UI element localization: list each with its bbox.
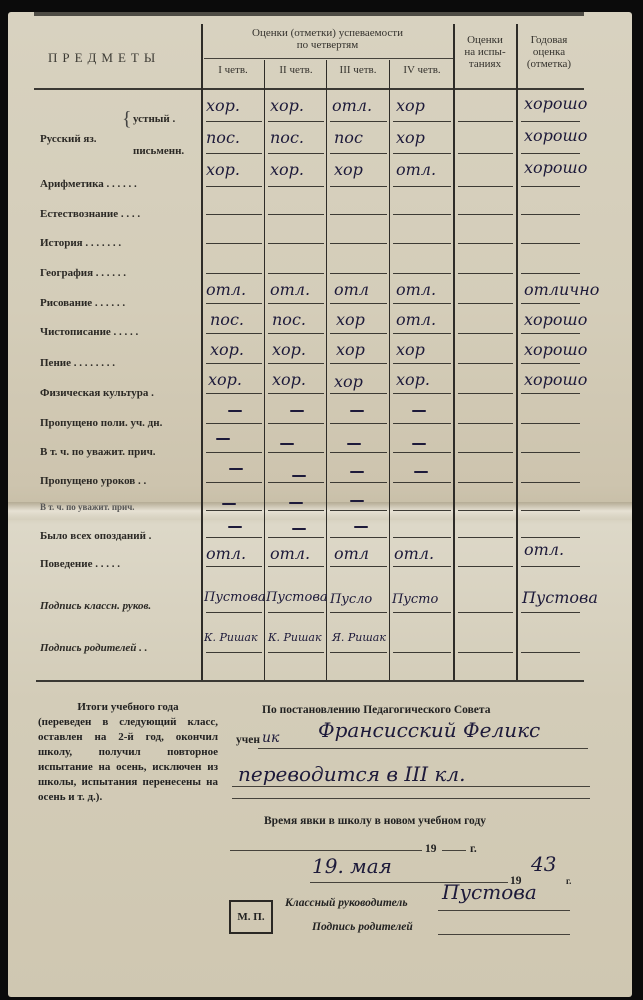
- cell-underline: [206, 612, 262, 613]
- teacher-signature-annual: Пустова: [522, 590, 598, 606]
- class-teacher-label: Классный руководитель: [285, 897, 408, 909]
- label-geography: География . . . . . .: [40, 267, 126, 279]
- grade-behavior-q3: отл: [334, 546, 369, 562]
- cell-underline: [206, 153, 262, 154]
- cell-underline: [458, 121, 513, 122]
- cell-underline: [521, 303, 580, 304]
- cell-underline: [393, 303, 451, 304]
- grade-behavior-q4: отл.: [394, 546, 434, 562]
- label-missed-days: Пропущено поли. уч. дн.: [40, 417, 162, 429]
- blank-date-line: [230, 850, 422, 851]
- cell-underline: [393, 153, 451, 154]
- grade-arithmetic-q1: хор.: [206, 162, 240, 178]
- cell-underline: [206, 363, 262, 364]
- results-title: Итоги учебного года: [38, 700, 218, 715]
- cell-underline: [393, 510, 451, 511]
- cell-underline: [268, 652, 324, 653]
- col-divider-q2: [326, 60, 327, 680]
- cell-underline: [393, 537, 451, 538]
- exams-header-line3: таниях: [454, 58, 516, 70]
- parent-signature-q2: К. Ришак: [268, 630, 322, 646]
- grade-penmanship-q3: хор: [336, 312, 365, 328]
- mark-missed-lessons-q4: [414, 471, 428, 473]
- cell-underline: [393, 652, 451, 653]
- results-note: (переведен в следующий класс, оставлен н…: [38, 716, 218, 803]
- grade-arithmetic-annual: хорошо: [524, 160, 587, 176]
- grade-drawing-q2: отл.: [270, 282, 310, 298]
- teacher-signature-q3: Пусло: [330, 592, 372, 608]
- parents-signature-line: [438, 934, 570, 935]
- label-missed-lessons: Пропущено уроков . .: [40, 475, 146, 487]
- cell-underline: [330, 153, 387, 154]
- label-behavior: Поведение . . . . .: [40, 558, 120, 570]
- cell-underline: [458, 393, 513, 394]
- cell-underline: [393, 186, 451, 187]
- cell-underline: [330, 363, 387, 364]
- cell-underline: [206, 243, 262, 244]
- grade-drawing-annual: отлично: [524, 282, 599, 298]
- grade-behavior-annual: отл.: [524, 542, 564, 558]
- col-divider-q1: [264, 60, 265, 680]
- cell-underline: [521, 482, 580, 483]
- cell-underline: [330, 273, 387, 274]
- date-suffix: г.: [566, 876, 571, 886]
- grade-arithmetic-q2: хор.: [270, 162, 304, 178]
- cell-underline: [206, 393, 262, 394]
- cell-underline: [458, 333, 513, 334]
- cell-underline: [521, 393, 580, 394]
- decision-line: [232, 786, 590, 787]
- q4-header: IV четв.: [391, 64, 453, 76]
- label-lateness: Было всех опозданий .: [40, 530, 151, 542]
- parent-signature-q3: Я. Ришак: [332, 630, 386, 646]
- table-bottom-rule: [36, 680, 584, 682]
- cell-underline: [330, 510, 387, 511]
- results-legend: Итоги учебного года (переведен в следующ…: [38, 700, 218, 805]
- cell-underline: [521, 121, 580, 122]
- label-history: История . . . . . . .: [40, 237, 121, 249]
- cell-underline: [268, 333, 324, 334]
- cell-underline: [458, 537, 513, 538]
- grade-pe-q2: хор.: [272, 372, 306, 388]
- return-time-text: Время явки в школу в новом учебном году: [264, 815, 486, 827]
- cell-underline: [393, 243, 451, 244]
- grade-pe-q1: хор.: [208, 372, 242, 388]
- cell-underline: [268, 393, 324, 394]
- cell-underline: [206, 566, 262, 567]
- mark-missed-lessons-q1: [229, 468, 243, 470]
- grade-russian-written-q3: пос: [334, 130, 363, 146]
- col-divider-q4: [453, 24, 455, 680]
- stamp-placeholder: М. П.: [229, 900, 273, 934]
- cell-underline: [458, 363, 513, 364]
- mark-excused-days-q3: [347, 443, 361, 445]
- cell-underline: [521, 566, 580, 567]
- label-teacher-signature: Подпись классн. руков.: [40, 600, 151, 612]
- q3-header: III четв.: [328, 64, 388, 76]
- label-russian: Русский яз.: [40, 133, 97, 145]
- cell-underline: [458, 566, 513, 567]
- cell-underline: [206, 652, 262, 653]
- label-penmanship: Чистописание . . . . .: [40, 326, 138, 338]
- class-teacher-line: [438, 910, 570, 911]
- grade-arithmetic-q4: отл.: [396, 162, 436, 178]
- cell-underline: [330, 243, 387, 244]
- mark-excused-days-q1: [216, 438, 230, 440]
- cell-underline: [458, 452, 513, 453]
- quarter-group-line2: по четвертям: [205, 39, 450, 51]
- student-prefix: учен: [236, 734, 260, 746]
- header-bottom-rule: [34, 88, 584, 90]
- cell-underline: [458, 423, 513, 424]
- cell-underline: [330, 333, 387, 334]
- cell-underline: [206, 273, 262, 274]
- label-natural-science: Естествознание . . . .: [40, 208, 140, 220]
- decision-line-2: [232, 798, 590, 799]
- grade-russian-oral-q4: хор: [396, 98, 425, 114]
- cell-underline: [268, 612, 324, 613]
- cell-underline: [206, 186, 262, 187]
- grade-penmanship-q2: пос.: [272, 312, 306, 328]
- grade-russian-oral-q1: хор.: [206, 98, 240, 114]
- cell-underline: [206, 303, 262, 304]
- cell-underline: [393, 482, 451, 483]
- cell-underline: [393, 214, 451, 215]
- grade-singing-q4: хор: [396, 342, 425, 358]
- grade-behavior-q2: отл.: [270, 546, 310, 562]
- subjects-header: ПРЕДМЕТЫ: [48, 50, 160, 66]
- cell-underline: [330, 121, 387, 122]
- student-suffix-hw: ик: [262, 730, 279, 746]
- teacher-signature-q2: Пустова: [266, 590, 328, 606]
- quarter-group-line1: Оценки (отметки) успеваемости: [205, 27, 450, 39]
- annual-header-line1: Годовая: [517, 34, 581, 46]
- teacher-signature-q4: Пусто: [392, 592, 438, 608]
- cell-underline: [268, 566, 324, 567]
- cell-underline: [521, 510, 580, 511]
- annual-header-line3: (отметка): [517, 58, 581, 70]
- label-missed-lessons-excused: В т. ч. по уважит. прич.: [40, 502, 135, 512]
- cell-underline: [393, 423, 451, 424]
- cell-underline: [458, 273, 513, 274]
- cell-underline: [330, 452, 387, 453]
- blank-year-line: [442, 850, 466, 851]
- cell-underline: [393, 121, 451, 122]
- cell-underline: [458, 612, 513, 613]
- cell-underline: [330, 652, 387, 653]
- label-singing: Пение . . . . . . . .: [40, 357, 115, 369]
- decision-hw: переводится в III кл.: [238, 766, 465, 782]
- cell-underline: [206, 510, 262, 511]
- grade-penmanship-annual: хорошо: [524, 312, 587, 328]
- cell-underline: [521, 537, 580, 538]
- teacher-signature-q1: Пустова: [204, 590, 266, 606]
- cell-underline: [393, 452, 451, 453]
- grade-russian-written-q1: пос.: [206, 130, 240, 146]
- grade-singing-q1: хор.: [210, 342, 244, 358]
- cell-underline: [268, 452, 324, 453]
- cell-underline: [330, 482, 387, 483]
- cell-underline: [268, 243, 324, 244]
- grade-pe-q3: хор: [334, 374, 363, 390]
- student-name-line: [258, 748, 588, 749]
- class-teacher-signature: Пустова: [442, 884, 537, 900]
- cell-underline: [393, 273, 451, 274]
- cell-underline: [458, 303, 513, 304]
- grade-drawing-q3: отл: [334, 282, 369, 298]
- cell-underline: [268, 214, 324, 215]
- grade-singing-q2: хор.: [272, 342, 306, 358]
- label-arithmetic: Арифметика . . . . . .: [40, 178, 137, 190]
- cell-underline: [206, 537, 262, 538]
- mark-lateness-q2: [292, 528, 306, 530]
- cell-underline: [330, 612, 387, 613]
- cell-underline: [268, 121, 324, 122]
- grade-penmanship-q4: отл.: [396, 312, 436, 328]
- cell-underline: [521, 214, 580, 215]
- annual-header-line2: оценка: [517, 46, 581, 58]
- cell-underline: [458, 482, 513, 483]
- date-year-hw: 43: [531, 856, 556, 872]
- cell-underline: [521, 363, 580, 364]
- cell-underline: [268, 482, 324, 483]
- header-divider: [204, 58, 454, 59]
- label-russian-oral: устный .: [133, 113, 175, 125]
- col-divider-exams: [516, 24, 518, 680]
- cell-underline: [330, 214, 387, 215]
- cell-underline: [458, 186, 513, 187]
- grade-behavior-q1: отл.: [206, 546, 246, 562]
- cell-underline: [521, 273, 580, 274]
- col-divider-subjects: [201, 24, 203, 680]
- cell-underline: [458, 652, 513, 653]
- exams-header-line2: на испы-: [454, 46, 516, 58]
- cell-underline: [268, 363, 324, 364]
- cell-underline: [393, 612, 451, 613]
- cell-underline: [393, 363, 451, 364]
- cell-underline: [521, 186, 580, 187]
- cell-underline: [268, 186, 324, 187]
- mark-excused-lessons-q1: [222, 503, 236, 505]
- date-hw: 19. мая: [312, 858, 392, 874]
- cell-underline: [268, 423, 324, 424]
- cell-underline: [268, 537, 324, 538]
- blank-date-suffix: г.: [470, 843, 477, 855]
- q2-header: II четв.: [266, 64, 326, 76]
- cell-underline: [458, 214, 513, 215]
- q1-header: I четв.: [202, 64, 264, 76]
- label-parents-signature: Подпись родителей . .: [40, 642, 147, 654]
- top-rule: [34, 12, 584, 16]
- grade-drawing-q4: отл.: [396, 282, 436, 298]
- cell-underline: [458, 510, 513, 511]
- label-drawing: Рисование . . . . . .: [40, 297, 125, 309]
- exams-header: Оценки на испы- таниях: [454, 34, 516, 70]
- mark-missed-days-q2: [290, 410, 304, 412]
- grade-singing-q3: хор: [336, 342, 365, 358]
- cell-underline: [330, 186, 387, 187]
- cell-underline: [206, 121, 262, 122]
- cell-underline: [330, 566, 387, 567]
- quarter-group-header: Оценки (отметки) успеваемости по четверт…: [205, 27, 450, 51]
- grade-russian-written-q2: пос.: [270, 130, 304, 146]
- student-name-hw: Франсисский Феликс: [318, 722, 540, 738]
- cell-underline: [521, 652, 580, 653]
- mark-excused-lessons-q2: [289, 502, 303, 504]
- cell-underline: [521, 612, 580, 613]
- cell-underline: [268, 303, 324, 304]
- parents-signature-label: Подпись родителей: [312, 921, 413, 933]
- cell-underline: [393, 333, 451, 334]
- council-text: По постановлению Педагогического Совета: [262, 704, 490, 716]
- mark-lateness-q1: [228, 526, 242, 528]
- label-russian-written: письменн.: [133, 145, 184, 157]
- grade-drawing-q1: отл.: [206, 282, 246, 298]
- brace-icon: {: [122, 108, 132, 131]
- cell-underline: [206, 333, 262, 334]
- cell-underline: [206, 214, 262, 215]
- grade-arithmetic-q3: хор: [334, 162, 363, 178]
- cell-underline: [330, 537, 387, 538]
- mark-lateness-q3: [354, 526, 368, 528]
- label-physical-education: Физическая культура .: [40, 387, 154, 399]
- cell-underline: [393, 393, 451, 394]
- cell-underline: [521, 243, 580, 244]
- cell-underline: [393, 566, 451, 567]
- mark-missed-days-q1: [228, 410, 242, 412]
- cell-underline: [206, 452, 262, 453]
- cell-underline: [330, 303, 387, 304]
- grade-penmanship-q1: пос.: [210, 312, 244, 328]
- mark-missed-lessons-q3: [350, 471, 364, 473]
- grade-russian-oral-annual: хорошо: [524, 96, 587, 112]
- mark-missed-days-q3: [350, 410, 364, 412]
- parent-signature-q1: К. Ришак: [204, 630, 258, 646]
- mark-excused-lessons-q3: [350, 500, 364, 502]
- grade-pe-q4: хор.: [396, 372, 430, 388]
- mark-excused-days-q2: [280, 443, 294, 445]
- grade-russian-written-annual: хорошо: [524, 128, 587, 144]
- cell-underline: [458, 243, 513, 244]
- cell-underline: [330, 393, 387, 394]
- col-divider-q3: [389, 60, 390, 680]
- grade-russian-oral-q3: отл.: [332, 98, 372, 114]
- grade-russian-written-q4: хор: [396, 130, 425, 146]
- cell-underline: [521, 423, 580, 424]
- grade-russian-oral-q2: хор.: [270, 98, 304, 114]
- grade-pe-annual: хорошо: [524, 372, 587, 388]
- label-missed-days-excused: В т. ч. по уважит. прич.: [40, 446, 156, 458]
- exams-header-line1: Оценки: [454, 34, 516, 46]
- cell-underline: [268, 273, 324, 274]
- blank-date-year: 19: [425, 843, 437, 855]
- cell-underline: [268, 153, 324, 154]
- mark-missed-lessons-q2: [292, 475, 306, 477]
- cell-underline: [521, 452, 580, 453]
- cell-underline: [330, 423, 387, 424]
- cell-underline: [521, 333, 580, 334]
- cell-underline: [206, 482, 262, 483]
- mark-excused-days-q4: [412, 443, 426, 445]
- mark-missed-days-q4: [412, 410, 426, 412]
- cell-underline: [458, 153, 513, 154]
- cell-underline: [206, 423, 262, 424]
- cell-underline: [521, 153, 580, 154]
- grade-singing-annual: хорошо: [524, 342, 587, 358]
- annual-header: Годовая оценка (отметка): [517, 34, 581, 70]
- cell-underline: [268, 510, 324, 511]
